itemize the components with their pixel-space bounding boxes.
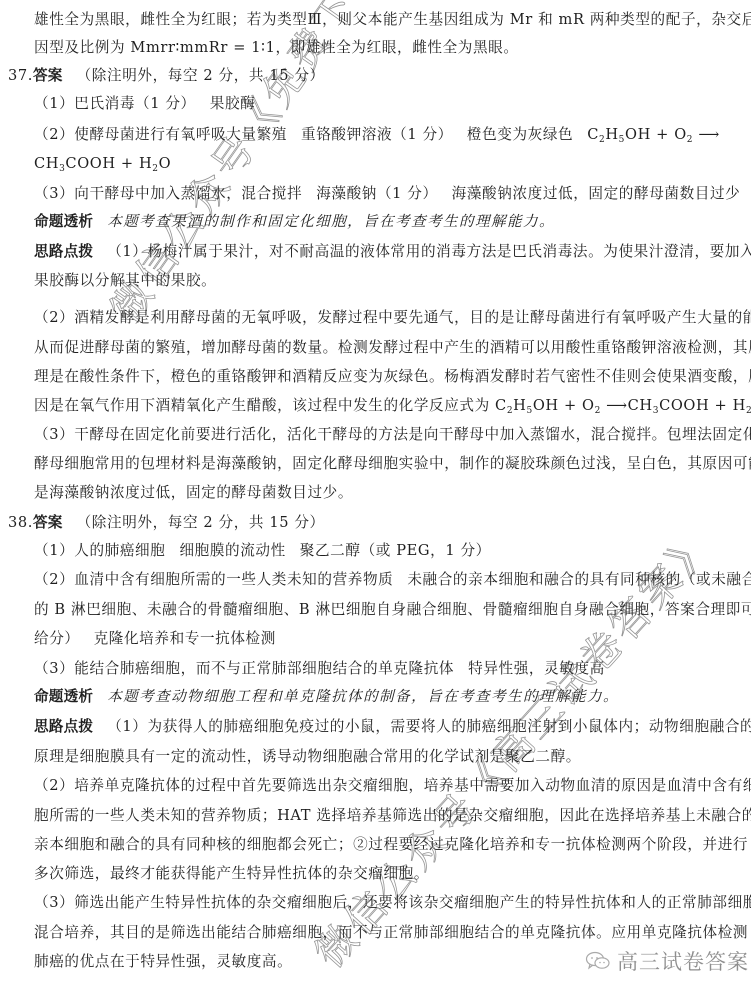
q37-answer-label: 答案 bbox=[33, 67, 63, 84]
q38-number: 38. bbox=[8, 514, 33, 531]
q38-hint-p2-l4: 多次筛选，最终才能获得能产生特异性抗体的杂交瘤细胞。 bbox=[34, 862, 737, 886]
analysis-label: 命题透析 bbox=[34, 213, 93, 230]
q38-header: 38.答案（除注明外，每空 2 分，共 15 分） bbox=[8, 511, 737, 535]
q37-hint-p3-l3: 是海藻酸钠浓度过低，固定的酵母菌数目过少。 bbox=[34, 481, 737, 505]
q38-hint-p3-l1: （3）筛选出能产生特异性抗体的杂交瘤细胞后，还要将该杂交瘤细胞产生的特异性抗体和… bbox=[34, 891, 737, 915]
q38-answer-1: （1）人的肺癌细胞细胞膜的流动性聚乙二醇（或 PEG，1 分） bbox=[34, 539, 737, 563]
q37-answer-1: （1）巴氏消毒（1 分）果胶酶 bbox=[34, 92, 737, 116]
q37-header: 37.答案（除注明外，每空 2 分，共 15 分） bbox=[8, 64, 737, 88]
q37-hint-p2-l1: （2）酒精发酵是利用酵母菌的无氧呼吸，发酵过程中要先通气，目的是让酵母菌进行有氧… bbox=[34, 306, 737, 330]
q38-scoring-note: （除注明外，每空 2 分，共 15 分） bbox=[77, 514, 325, 531]
q37-answer-2-equation-right: CH3COOH + H2O bbox=[34, 152, 737, 176]
q37-hint-p2-l3: 理是在酸性条件下，橙色的重铬酸钾和酒精反应变为灰绿色。杨梅酒发酵时若气密性不佳则… bbox=[34, 365, 737, 389]
q38-hint-p2-l3: 亲本细胞和融合的具有同种核的细胞都会死亡；②过程要经过克隆化培养和专一抗体检测两… bbox=[34, 833, 737, 857]
q37-hint-p2-l2: 从而促进酵母菌的繁殖，增加酵母菌的数量。检测发酵过程中产生的酒精可以用酸性重铬酸… bbox=[34, 336, 737, 360]
q38-hint-p1-l1: 思路点拨（1）为获得人的肺癌细胞免疫过的小鼠，需要将人的肺癌细胞注射到小鼠体内；… bbox=[34, 715, 737, 739]
reaction-arrow: ⟶ bbox=[693, 126, 720, 143]
q37-hint-p1-l1: 思路点拨（1）杨梅汁属于果汁，对不耐高温的液体常用的消毒方法是巴氏消毒法。为使果… bbox=[34, 240, 737, 264]
q38-answer-2-l2: 的 B 淋巴细胞、未融合的骨髓瘤细胞、B 淋巴细胞自身融合细胞、骨髓瘤细胞自身融… bbox=[34, 598, 737, 622]
q37-number: 37. bbox=[8, 67, 33, 84]
q37-answer-3: （3）向干酵母中加入蒸馏水，混合搅拌海藻酸钠（1 分）海藻酸钠浓度过低，固定的酵… bbox=[34, 182, 737, 206]
analysis-label: 命题透析 bbox=[34, 688, 93, 705]
q38-hint-p1-l2: 原理是细胞膜具有一定的流动性，诱导动物细胞融合常用的化学试剂是聚乙二醇。 bbox=[34, 745, 737, 769]
q38-answer-label: 答案 bbox=[33, 514, 63, 531]
intro-line-2: 因型及比例为 Mmrr∶mmRr = 1∶1，即雄性全为红眼，雌性全为黑眼。 bbox=[34, 36, 737, 60]
q37-answer-2: （2）使酵母菌进行有氧呼吸大量繁殖重铬酸钾溶液（1 分）橙色变为灰绿色C2H5O… bbox=[34, 123, 737, 147]
q38-answer-2-l1: （2）血清中含有细胞所需的一些人类未知的营养物质未融合的亲本细胞和融合的具有同种… bbox=[34, 568, 737, 592]
q38-analysis: 命题透析本题考查动物细胞工程和单克隆抗体的制备，旨在考查考生的理解能力。 bbox=[34, 685, 737, 709]
q38-answer-3: （3）能结合肺癌细胞，而不与正常肺部细胞结合的单克隆抗体特异性强，灵敏度高 bbox=[34, 657, 737, 681]
q37-hint-p1-l2: 果胶酶以分解其中的果胶。 bbox=[34, 269, 737, 293]
q37-hint-p3-l1: （3）干酵母在固定化前要进行活化，活化干酵母的方法是向干酵母中加入蒸馏水，混合搅… bbox=[34, 423, 737, 447]
q37-scoring-note: （除注明外，每空 2 分，共 15 分） bbox=[77, 67, 325, 84]
q37-analysis: 命题透析本题考查果酒的制作和固定化细胞，旨在考查考生的理解能力。 bbox=[34, 210, 737, 234]
wechat-icon bbox=[585, 951, 611, 971]
hint-label: 思路点拨 bbox=[34, 718, 93, 735]
footer-logo-text: 高三试卷答案 bbox=[617, 946, 749, 976]
equation-left: C2H5OH + O2 ⟶ bbox=[587, 126, 720, 143]
hint-label: 思路点拨 bbox=[34, 243, 93, 260]
document-page: 雄性全为黑眼，雌性全为红眼；若为类型Ⅲ，则父本能产生基因组成为 Mr 和 mR … bbox=[0, 0, 751, 995]
q38-answer-2-l3: 给分）克隆化培养和专一抗体检测 bbox=[34, 627, 737, 651]
footer-logo: 高三试卷答案 bbox=[585, 946, 749, 976]
q37-hint-p3-l2: 酵母细胞常用的包埋材料是海藻酸钠，固定化酵母细胞实验中，制作的凝胶珠颜色过浅，呈… bbox=[34, 452, 737, 476]
q38-hint-p3-l2: 混合培养，其目的是筛选出能结合肺癌细胞，而不与正常肺部细胞结合的单克隆抗体。应用… bbox=[34, 921, 737, 945]
q38-hint-p2-l1: （2）培养单克隆抗体的过程中首先要筛选出杂交瘤细胞，培养基中需要加入动物血清的原… bbox=[34, 774, 737, 798]
intro-line-1: 雄性全为黑眼，雌性全为红眼；若为类型Ⅲ，则父本能产生基因组成为 Mr 和 mR … bbox=[34, 8, 737, 32]
q37-hint-p2-l4: 因是在氧气作用下酒精氧化产生醋酸，该过程中发生的化学反应式为 C2H5OH + … bbox=[34, 394, 737, 418]
q38-hint-p2-l2: 胞所需的一些人类未知的营养物质；HAT 选择培养基筛选出的是杂交瘤细胞，因此在选… bbox=[34, 804, 737, 828]
